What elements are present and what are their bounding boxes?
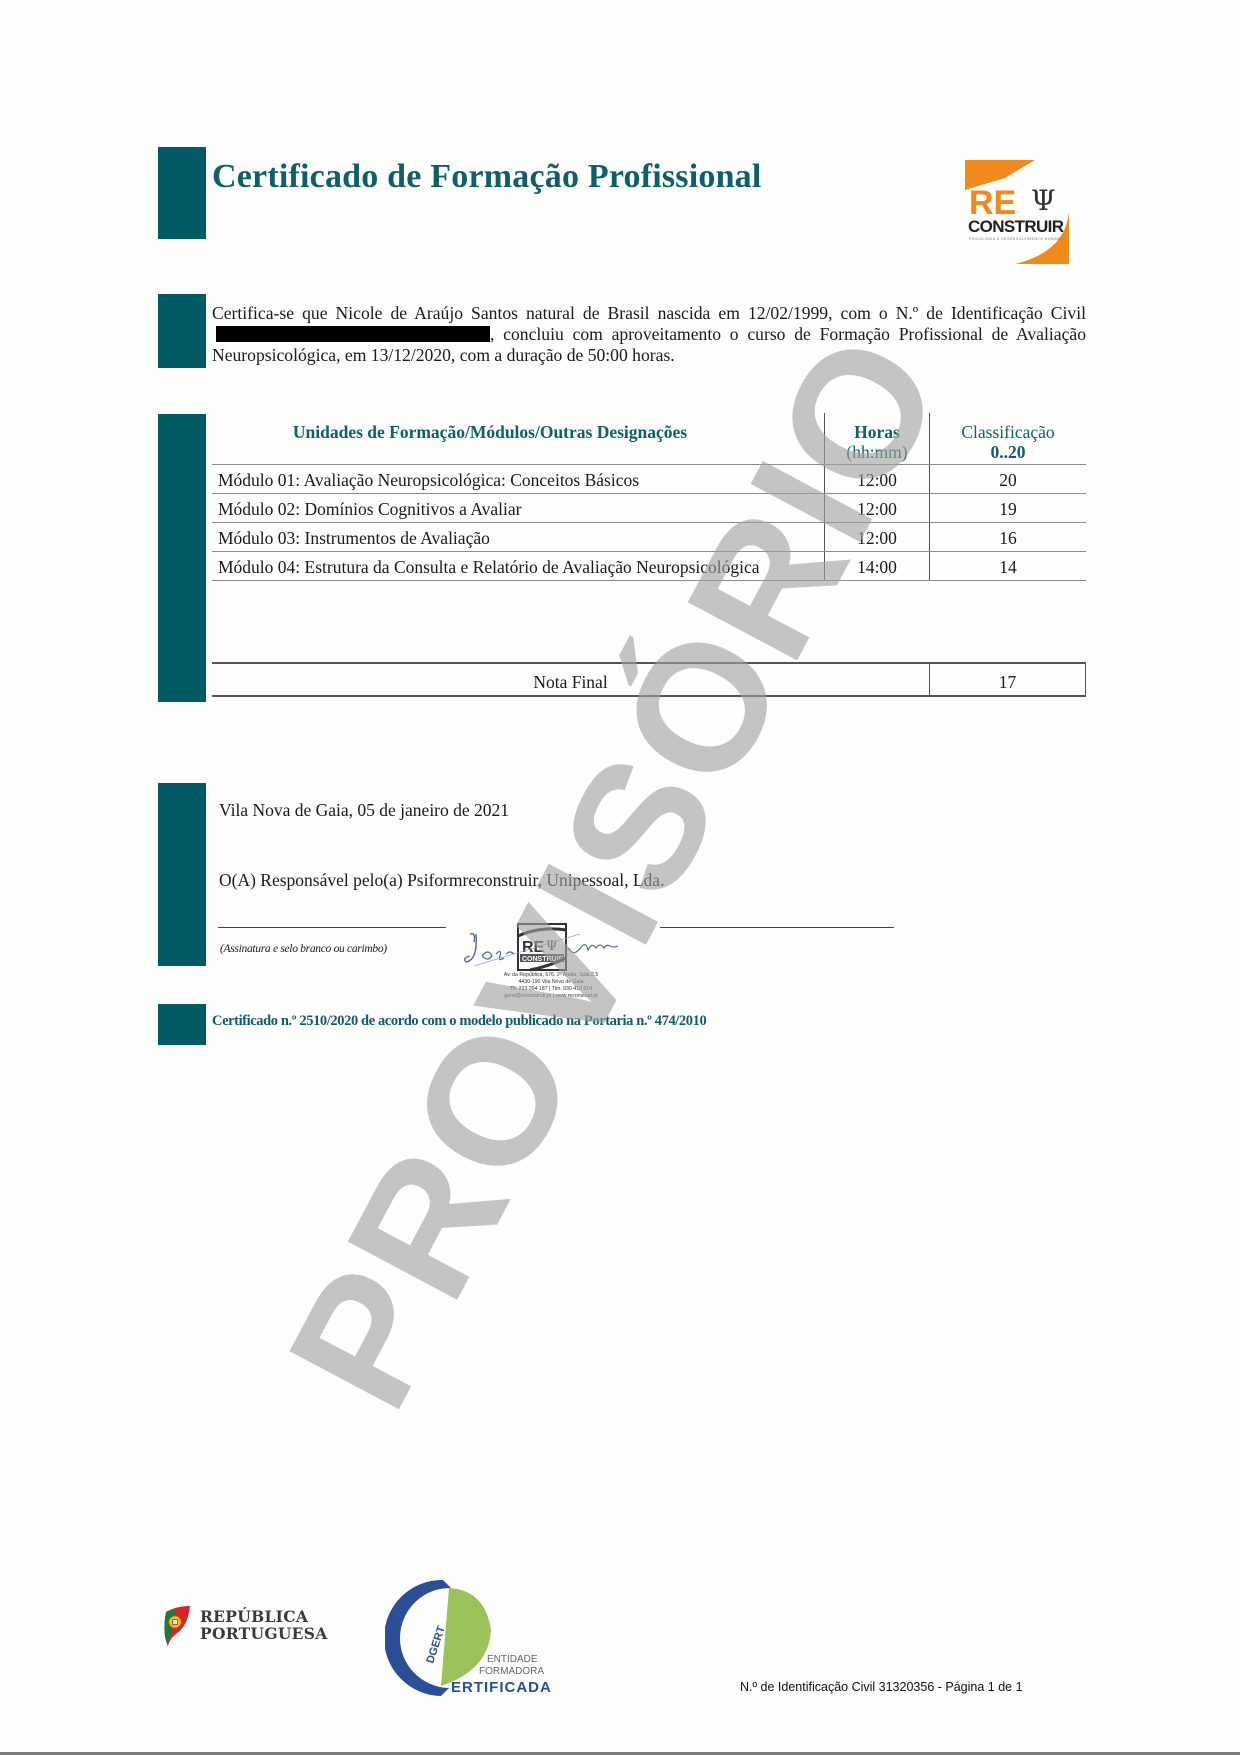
table-row: Módulo 03: Instrumentos de Avaliação12:0… [212, 523, 1086, 552]
page-title: Certificado de Formação Profissional [212, 158, 762, 196]
table-header-row: Unidades de Formação/Módulos/Outras Desi… [212, 413, 1086, 465]
stamp-address-line: Tlf. 223 204 187 | Tlm. 930 410 514 [476, 986, 626, 993]
svg-text:Ψ: Ψ [1031, 184, 1056, 217]
stamp-address-line: 4430-190 Vila Nova de Gaia [476, 979, 626, 986]
accent-bar-intro [158, 294, 206, 368]
final-grade-label: Nota Final [212, 663, 930, 696]
republica-portuguesa-logo: REPÚBLICA PORTUGUESA [162, 1604, 328, 1646]
header-hours: Horas(hh:mm) [825, 413, 930, 465]
module-grade: 20 [930, 465, 1087, 494]
module-name: Módulo 01: Avaliação Neuropsicológica: C… [212, 465, 825, 494]
modules-table: Unidades de Formação/Módulos/Outras Desi… [212, 413, 1086, 581]
republica-portuguesa-text: REPÚBLICA PORTUGUESA [200, 1608, 328, 1642]
accent-bar-signature [158, 783, 206, 966]
stamp-address-line: Av. da República, 676, 2º Andar, Sala 2.… [476, 972, 626, 979]
module-hours: 12:00 [825, 523, 930, 552]
certificate-statement: Certifica-se que Nicole de Araújo Santos… [212, 303, 1086, 366]
svg-text:ERTIFICADA: ERTIFICADA [451, 1679, 552, 1696]
svg-text:FORMADORA: FORMADORA [479, 1666, 544, 1677]
redacted-id-block [216, 326, 490, 342]
module-hours: 14:00 [825, 552, 930, 581]
header-grade-scale: 0..20 [991, 442, 1026, 462]
republica-line-1: REPÚBLICA [200, 1608, 328, 1625]
header-grade: Classificação0..20 [930, 413, 1087, 465]
header-units: Unidades de Formação/Módulos/Outras Desi… [212, 413, 825, 465]
stamp-address: Av. da República, 676, 2º Andar, Sala 2.… [476, 972, 626, 1000]
table-row: Módulo 01: Avaliação Neuropsicológica: C… [212, 465, 1086, 494]
signature-line-right [660, 927, 894, 928]
reconstruir-logo: RE Ψ CONSTRUIR PSICOLOGIA E DESENVOLVIME… [965, 160, 1069, 264]
republica-line-2: PORTUGUESA [200, 1625, 328, 1642]
module-grade: 14 [930, 552, 1087, 581]
signature-caption: (Assinatura e selo branco ou carimbo) [220, 943, 387, 955]
header-hours-label: Horas [854, 422, 900, 442]
page-footer-id: N.º de Identificação Civil 31320356 - Pá… [740, 1680, 1023, 1694]
place-date: Vila Nova de Gaia, 05 de janeiro de 2021 [219, 800, 509, 821]
module-grade: 19 [930, 494, 1087, 523]
accent-bar-table [158, 414, 206, 702]
portugal-flag-icon [162, 1604, 192, 1646]
dgert-certified-logo: DGERT ENTIDADE FORMADORA ERTIFICADA [385, 1578, 555, 1698]
accent-bar-title [158, 147, 206, 239]
svg-text:CONSTRUIR: CONSTRUIR [968, 217, 1064, 236]
table-row: Módulo 04: Estrutura da Consulta e Relat… [212, 552, 1086, 581]
signature-line-left [218, 927, 446, 928]
module-hours: 12:00 [825, 465, 930, 494]
final-grade-row: Nota Final 17 [212, 663, 1086, 696]
accent-bar-note [158, 1004, 206, 1045]
module-name: Módulo 03: Instrumentos de Avaliação [212, 523, 825, 552]
responsible-entity: O(A) Responsável pelo(a) Psiformreconstr… [219, 870, 664, 891]
svg-text:ENTIDADE: ENTIDADE [487, 1654, 538, 1665]
header-grade-label: Classificação [961, 422, 1054, 442]
stamp-address-line: geral@reconstruir.pt | www.reconstruir.p… [476, 993, 626, 1000]
certificate-number-note: Certificado n.º 2510/2020 de acordo com … [212, 1013, 706, 1030]
svg-text:RE: RE [522, 939, 545, 956]
svg-text:PSICOLOGIA E DESENVOLVIMENTO H: PSICOLOGIA E DESENVOLVIMENTO HUMANO [969, 237, 1063, 241]
final-grade-table: Nota Final 17 [212, 662, 1086, 697]
module-hours: 12:00 [825, 494, 930, 523]
module-name: Módulo 04: Estrutura da Consulta e Relat… [212, 552, 825, 581]
final-grade-value: 17 [930, 663, 1086, 696]
table-row: Módulo 02: Domínios Cognitivos a Avaliar… [212, 494, 1086, 523]
statement-part-1: Certifica-se que Nicole de Araújo Santos… [212, 303, 1086, 323]
header-hours-unit: (hh:mm) [846, 442, 907, 462]
module-grade: 16 [930, 523, 1087, 552]
module-name: Módulo 02: Domínios Cognitivos a Avaliar [212, 494, 825, 523]
